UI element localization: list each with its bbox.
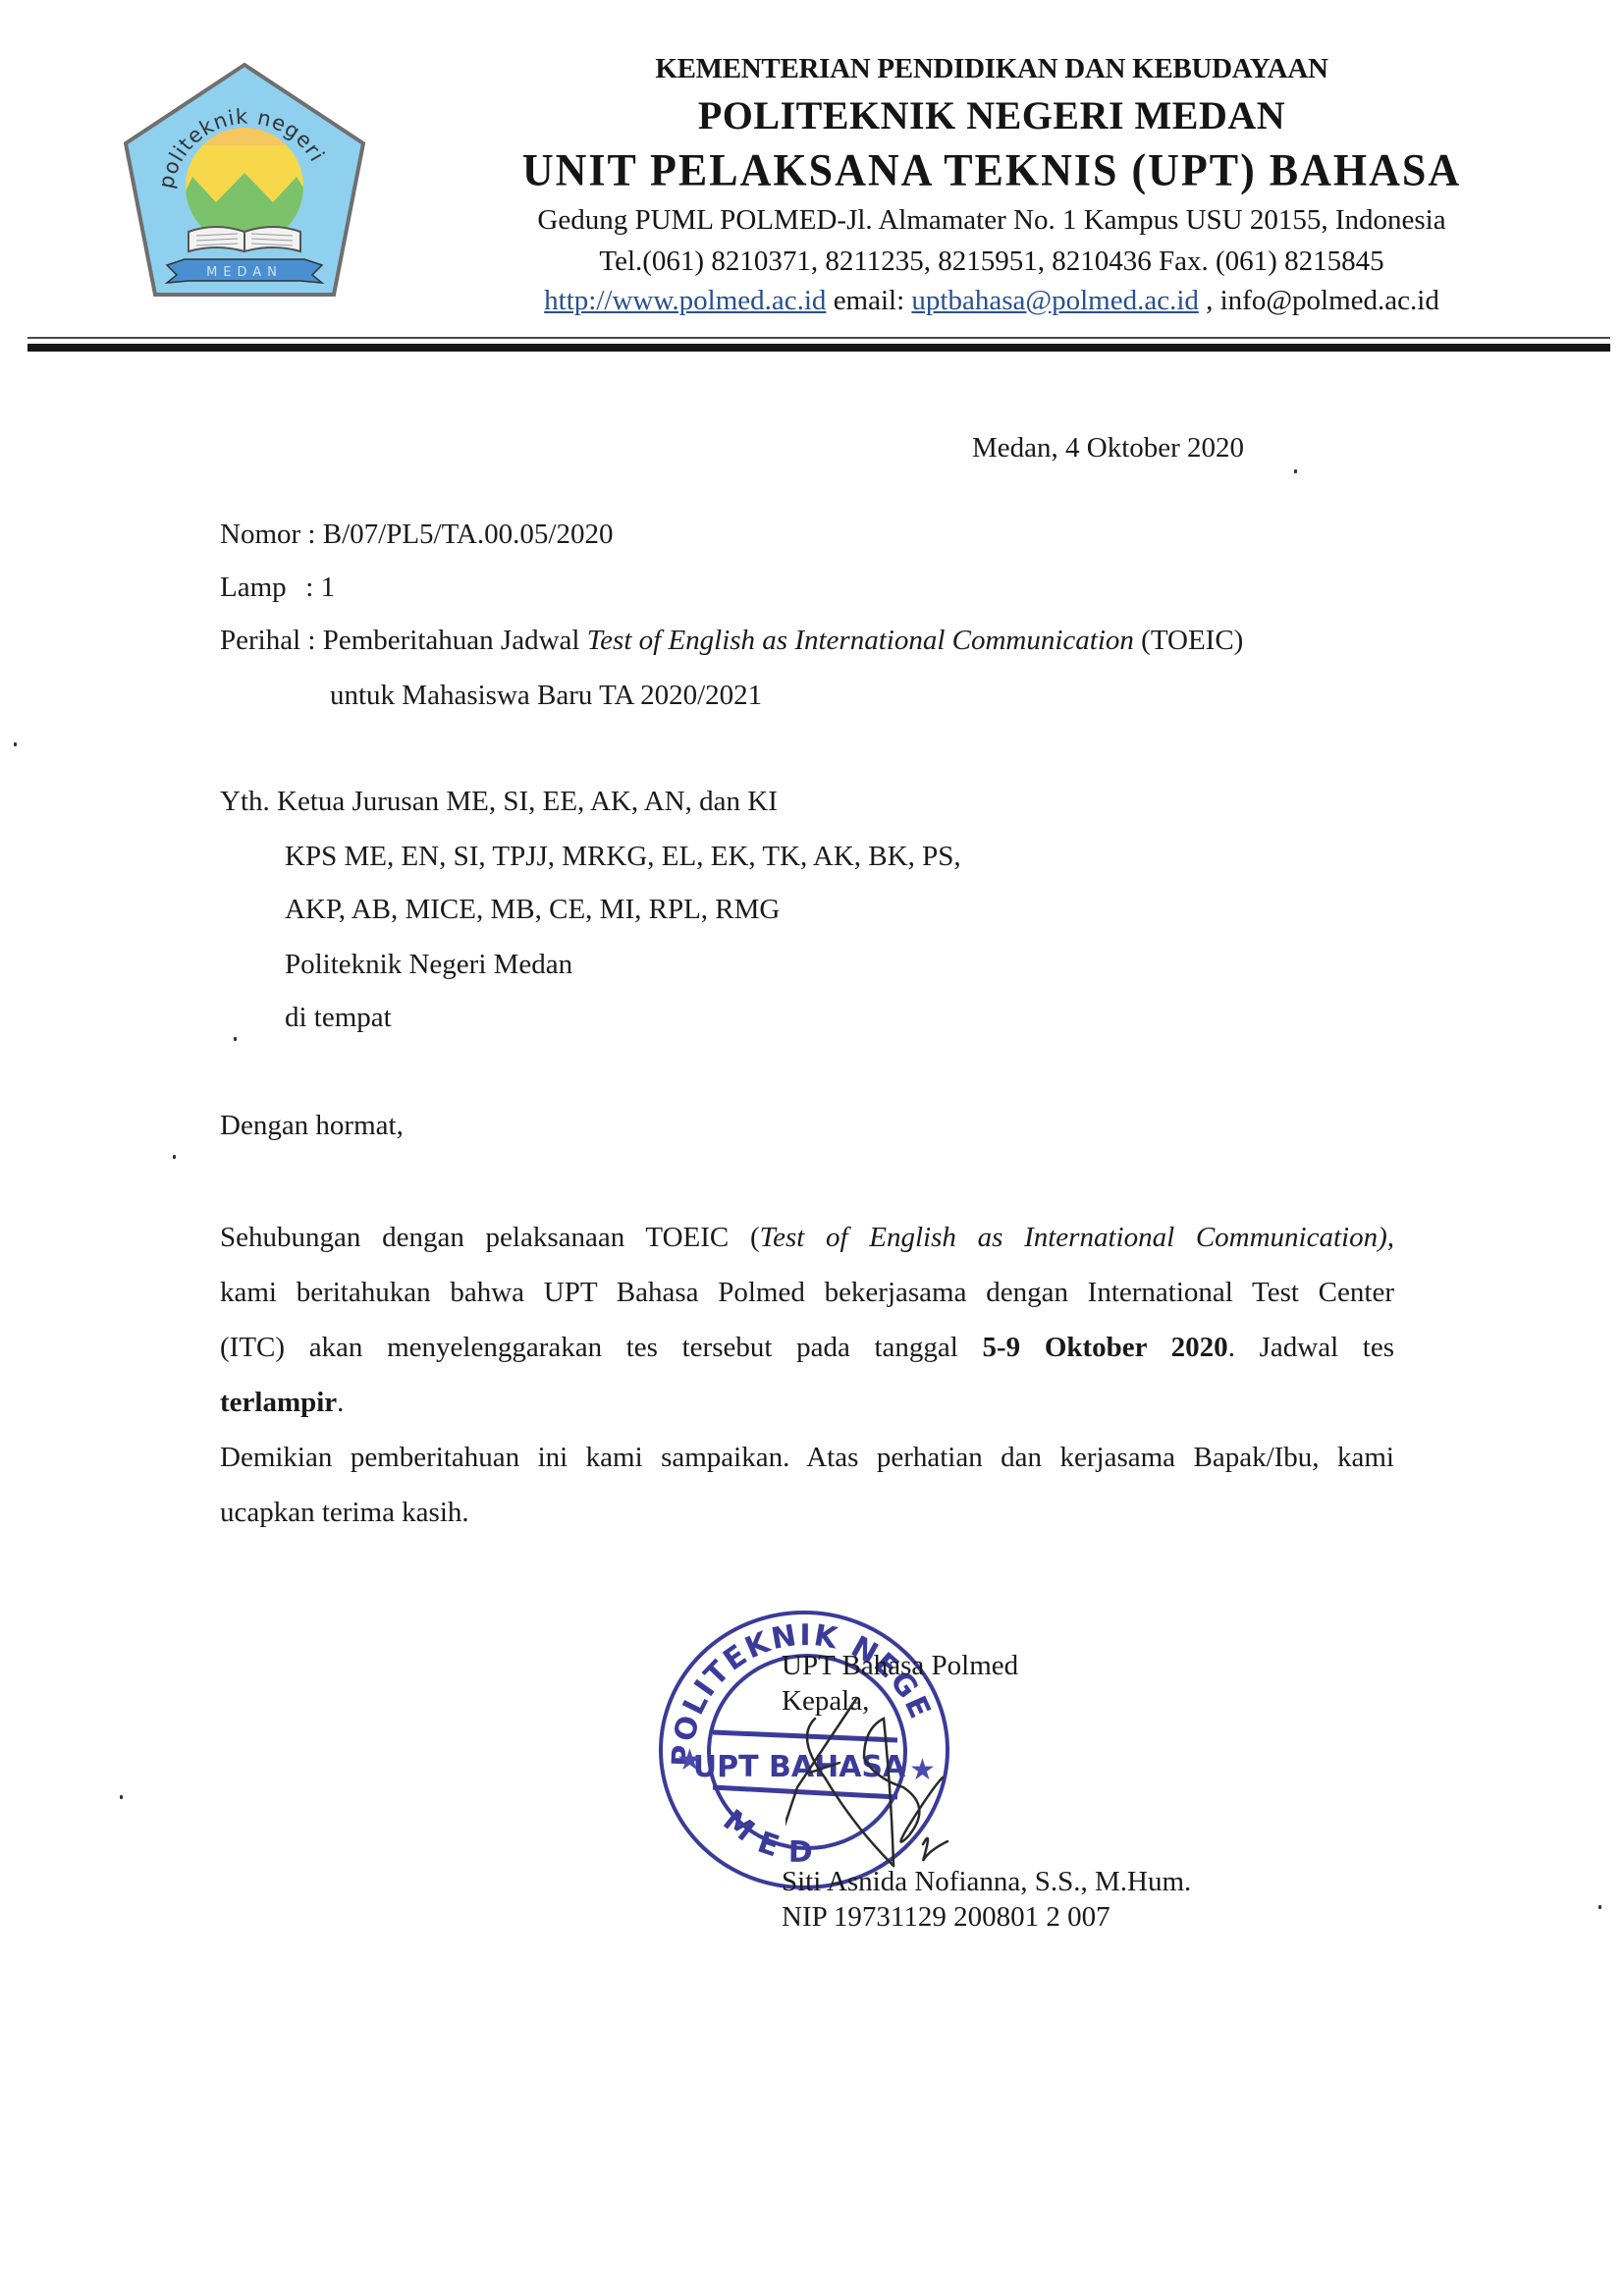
body-line: terlampir. [220,1375,1394,1430]
body-paragraph-2: Demikian pemberitahuan ini kami sampaika… [220,1430,1394,1540]
letterhead-divider-thick [27,344,1610,352]
scan-speck [1294,469,1297,473]
institution-phone: Tel.(061) 8210371, 8211235, 8215951, 821… [373,246,1610,278]
body-line: kami beritahukan bahwa UPT Bahasa Polmed… [220,1265,1394,1320]
website-link[interactable]: http://www.polmed.ac.id [544,285,826,316]
scan-speck [1598,1905,1601,1909]
institution-contacts: http://www.polmed.ac.id email: uptbahasa… [373,285,1610,317]
institution-address: Gedung PUML POLMED-Jl. Almamater No. 1 K… [373,204,1610,237]
body-line: Sehubungan dengan pelaksanaan TOEIC (Tes… [220,1210,1394,1265]
body-line: ucapkan terima kasih. [220,1485,1394,1540]
institution-name: POLITEKNIK NEGERI MEDAN [373,92,1610,138]
addressee-line: KPS ME, EN, SI, TPJJ, MRKG, EL, EK, TK, … [285,841,961,873]
addressee-line: Politeknik Negeri Medan [285,949,572,981]
subject-row-continued: untuk Mahasiswa Baru TA 2020/2021 [330,680,762,712]
lamp-colon: : [305,572,313,603]
test-dates: 5-9 Oktober 2020 [983,1332,1228,1363]
perihal-label: Perihal [220,625,300,656]
subject-row: Perihal : Pemberitahuan Jadwal Test of E… [220,625,1243,657]
email-label: email: [834,285,904,316]
perihal-suffix: (TOEIC) [1134,625,1243,656]
politeknik-negeri-medan-logo-icon: politeknik negeri MEDAN [116,57,373,304]
perihal-prefix: Pemberitahuan Jadwal [323,625,587,656]
nomor-label: Nomor [220,519,300,550]
nomor-colon: : [307,519,315,550]
body-line: (ITC) akan menyelenggarakan tes tersebut… [220,1320,1394,1375]
perihal-colon: : [307,625,315,656]
email-link-upt[interactable]: uptbahasa@polmed.ac.id [911,285,1198,316]
lamp-label: Lamp [220,572,298,604]
scan-speck [173,1155,176,1159]
addressee-line: Yth. Ketua Jurusan ME, SI, EE, AK, AN, d… [220,786,778,818]
scan-speck [234,1037,237,1041]
lamp-value: 1 [321,572,336,603]
ministry-name: KEMENTERIAN PENDIDIKAN DAN KEBUDAYAAN [373,53,1610,85]
email-info: info@polmed.ac.id [1220,285,1439,316]
place-date: Medan, 4 Oktober 2020 [972,432,1244,465]
signatory-organization: UPT Bahasa Polmed [782,1650,1018,1682]
addressee-line: di tempat [285,1002,392,1034]
letter-number-row: Nomor : B/07/PL5/TA.00.05/2020 [220,519,613,551]
nomor-value: B/07/PL5/TA.00.05/2020 [323,519,614,550]
body-line: Demikian pemberitahuan ini kami sampaika… [220,1430,1394,1485]
attachment-note: terlampir [220,1387,337,1418]
unit-name: UNIT PELAKSANA TEKNIS (UPT) BAHASA [373,144,1610,197]
star-icon: ★ [677,1743,703,1777]
scan-speck [14,742,17,746]
body-text: Sehubungan dengan pelaksanaan TOEIC ( [220,1222,760,1253]
svg-text:MEDAN: MEDAN [206,265,283,280]
letterhead-divider-thin [27,337,1610,339]
institution-logo: politeknik negeri MEDAN [116,57,373,304]
addressee-line: AKP, AB, MICE, MB, CE, MI, RPL, RMG [285,894,780,926]
signatory-nip: NIP 19731129 200801 2 007 [782,1901,1110,1934]
body-text: (ITC) akan menyelenggarakan tes tersebut… [220,1332,983,1363]
scan-speck [120,1795,123,1799]
salutation: Dengan hormat, [220,1110,404,1142]
body-text-italic: Test of English as International Communi… [760,1222,1394,1253]
perihal-italic: Test of English as International Communi… [587,625,1134,656]
body-text: . Jadwal tes [1228,1332,1394,1363]
body-text: . [337,1387,344,1418]
body-paragraph-1: Sehubungan dengan pelaksanaan TOEIC (Tes… [220,1210,1394,1430]
attachment-row: Lamp : 1 [220,572,335,604]
email-separator: , [1206,285,1213,316]
signatory-name: Siti Asnida Nofianna, S.S., M.Hum. [782,1866,1191,1898]
